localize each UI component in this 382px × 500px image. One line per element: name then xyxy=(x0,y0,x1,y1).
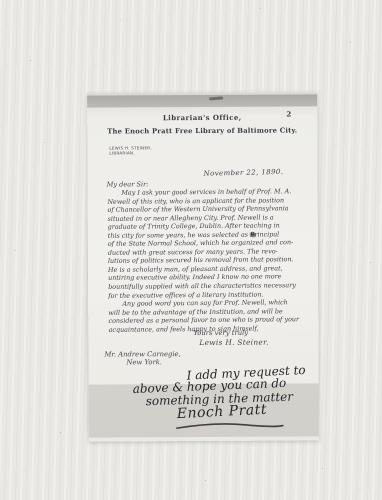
salutation: My dear Sir: xyxy=(107,180,149,188)
letterhead: Librarian's Office, The Enoch Pratt Free… xyxy=(87,92,317,93)
letter-body: May I ask your good services in behalf o… xyxy=(107,187,302,334)
letter-line: bountifully supplied with all the charac… xyxy=(108,281,302,291)
letterhead-office-line: Librarian's Office, xyxy=(87,112,317,122)
valediction: Yours very truly xyxy=(193,329,248,337)
signature-flourish xyxy=(175,421,285,432)
date-line: November 22, 1890. xyxy=(203,168,283,178)
addressee-city: New York. xyxy=(126,358,162,366)
steiner-signature: Lewis H. Steiner. xyxy=(199,338,268,347)
page-top-shadow xyxy=(87,94,317,107)
dust-specks xyxy=(0,0,1,1)
letterhead-librarian-block: LEWIS H. STEINER, LIBRARIAN. xyxy=(109,145,152,155)
librarian-title: LIBRARIAN. xyxy=(109,150,152,155)
letter-page: 2 Librarian's Office, The Enoch Pratt Fr… xyxy=(87,92,319,441)
letterhead-library-line: The Enoch Pratt Free Library of Baltimor… xyxy=(87,126,317,135)
addressee-name: Mr. Andrew Carnegie, xyxy=(104,350,180,358)
scanned-letter-background: 2 Librarian's Office, The Enoch Pratt Fr… xyxy=(0,0,382,500)
